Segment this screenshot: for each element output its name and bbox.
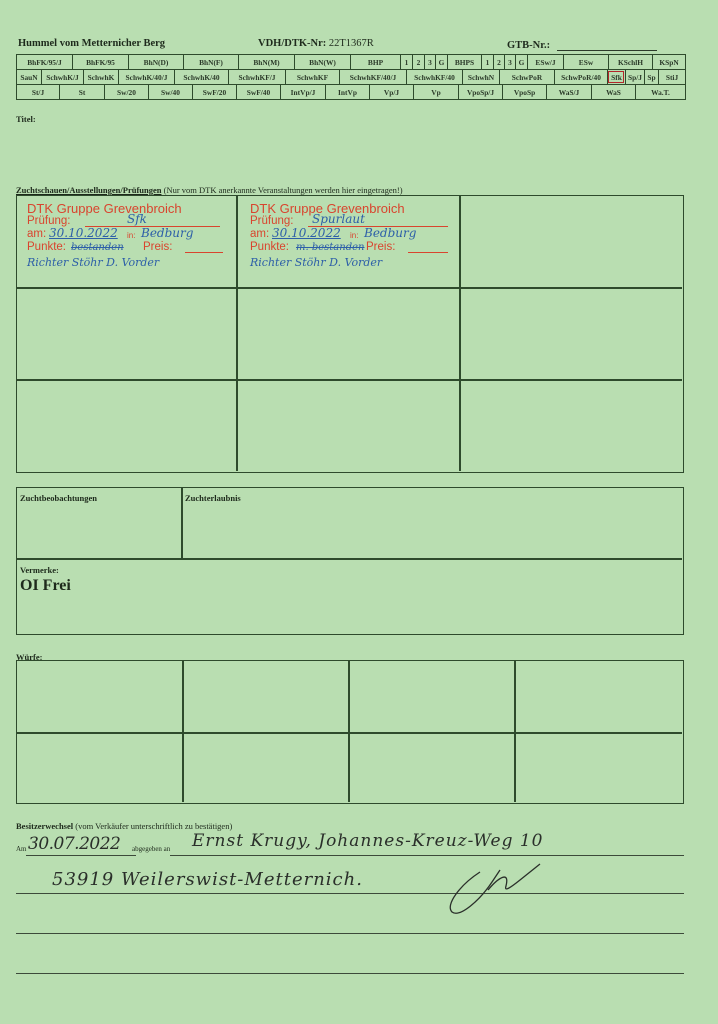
qual-cell: BhN(W) — [294, 55, 350, 69]
punkte-label: Punkte: — [27, 241, 66, 253]
qual-cell: St — [59, 85, 104, 99]
gtb-label: GTB-Nr.: — [507, 40, 550, 51]
write-line — [16, 893, 684, 894]
handover-date: 30.07.2022 — [28, 834, 120, 854]
qual-cell: IntVp/J — [280, 85, 325, 99]
qual-cell: 1 — [481, 55, 493, 69]
qualification-row-2: SauN SchwhK/J SchwhK SchwhK/40/J SchwhK/… — [17, 69, 685, 84]
events-note: (Nur vom DTK anerkannte Veranstaltungen … — [164, 185, 403, 195]
qual-cell: BHPS — [447, 55, 481, 69]
event-date: 30.10.2022 — [272, 227, 341, 240]
preis-label: Preis: — [366, 241, 395, 254]
qual-cell-marked: Sfk — [607, 70, 625, 84]
qual-cell: VpoSp/J — [458, 85, 502, 99]
qual-cell: SchwhK/40/J — [118, 70, 174, 84]
divider — [17, 287, 682, 289]
signature-icon — [440, 860, 560, 920]
owner-change-label: Besitzerwechsel — [16, 821, 73, 831]
divider — [181, 488, 183, 559]
write-line — [16, 973, 684, 974]
event-place: Bedburg — [141, 227, 193, 240]
qual-cell: VpoSp — [502, 85, 546, 99]
qual-cell: Vp — [413, 85, 458, 99]
write-line — [16, 933, 684, 934]
event-entry-1: DTK Gruppe Grevenbroich Prüfung: Sfk am:… — [27, 202, 227, 269]
qual-cell: SchwhKF/40 — [406, 70, 462, 84]
qual-cell: IntVp — [325, 85, 369, 99]
qual-cell: SchwhN — [462, 70, 499, 84]
preis-label: Preis: — [143, 241, 172, 254]
judge-signature: Richter Stöhr D. Vorder — [27, 256, 227, 269]
given-label: abgegeben an — [132, 845, 170, 853]
qualification-row-1: BhFK/95/J BhFK/95 BhN(D) BhN(F) BhN(M) B… — [17, 55, 685, 69]
qual-cell: SchwPoR/40 — [554, 70, 607, 84]
dog-name: Hummel vom Metternicher Berg — [18, 38, 165, 49]
divider — [17, 732, 682, 734]
punkte-value: bestanden — [71, 241, 124, 254]
qual-cell: SchwhKF/J — [228, 70, 285, 84]
qual-cell: BhFK/95/J — [17, 55, 72, 69]
qualification-grid: BhFK/95/J BhFK/95 BhN(D) BhN(F) BhN(M) B… — [16, 54, 686, 100]
owner-change-heading: Besitzerwechsel (vom Verkäufer unterschr… — [16, 821, 232, 831]
qual-cell: SwF/20 — [192, 85, 236, 99]
qual-cell: Vp/J — [369, 85, 413, 99]
permission-label: Zuchterlaubnis — [185, 493, 241, 503]
titel-label: Titel: — [16, 114, 36, 124]
pruefung-value: Spurlaut — [312, 213, 365, 226]
event-date: 30.10.2022 — [49, 227, 118, 240]
observations-label: Zuchtbeobachtungen — [20, 493, 97, 503]
qual-cell: ESw/J — [527, 55, 563, 69]
new-owner-line-2: 53919 Weilerswist-Metternich. — [52, 869, 363, 890]
qual-cell: KSchlH — [608, 55, 652, 69]
divider — [236, 196, 238, 471]
litters-table — [16, 660, 684, 804]
judge-signature: Richter Stöhr D. Vorder — [250, 256, 450, 269]
qual-cell: Sp/J — [625, 70, 644, 84]
breeding-table: Zuchtbeobachtungen Zuchterlaubnis Vermer… — [16, 487, 684, 635]
qual-cell: 1 — [400, 55, 412, 69]
qual-cell: BhN(M) — [238, 55, 294, 69]
qual-cell: BhN(F) — [183, 55, 238, 69]
owner-change-note: (vom Verkäufer unterschriftlich zu bestä… — [75, 821, 232, 831]
qual-cell: SchwhKF/40/J — [339, 70, 406, 84]
qualification-row-3: St/J St Sw/20 Sw/40 SwF/20 SwF/40 IntVp/… — [17, 84, 685, 99]
qual-cell: 2 — [412, 55, 424, 69]
events-heading: Zuchtschauen/Ausstellungen/Prüfungen (Nu… — [16, 185, 403, 195]
qual-cell: StiJ — [658, 70, 685, 84]
am-label: Am — [16, 845, 27, 853]
qual-cell: 2 — [493, 55, 504, 69]
qual-cell: Sw/40 — [148, 85, 192, 99]
qual-cell: St/J — [17, 85, 59, 99]
qual-cell: G — [435, 55, 447, 69]
gtb-field[interactable] — [557, 38, 657, 51]
qual-cell: SchwhKF — [285, 70, 339, 84]
qual-cell: WaS — [591, 85, 635, 99]
divider — [17, 379, 682, 381]
qual-cell: SchwPoR — [499, 70, 554, 84]
remarks-label: Vermerke: — [20, 565, 59, 575]
qual-cell: ESw — [563, 55, 608, 69]
am-label: am: — [27, 228, 46, 240]
remarks-value: OI Frei — [20, 577, 71, 595]
event-place: Bedburg — [364, 227, 416, 240]
punkte-label: Punkte: — [250, 241, 289, 253]
gtb-number: GTB-Nr.: — [507, 38, 657, 51]
qual-cell: Wa.T. — [635, 85, 685, 99]
qual-cell: 3 — [504, 55, 515, 69]
qual-cell: WaS/J — [546, 85, 591, 99]
qual-cell: KSpN — [652, 55, 685, 69]
qual-cell: 3 — [424, 55, 435, 69]
qual-cell: Sw/20 — [104, 85, 148, 99]
qual-cell: SchwhK/40 — [174, 70, 228, 84]
qual-cell: G — [515, 55, 527, 69]
qual-cell: SwF/40 — [236, 85, 280, 99]
divider — [459, 196, 461, 471]
events-label: Zuchtschauen/Ausstellungen/Prüfungen — [16, 185, 161, 195]
punkte-value: m. bestanden — [296, 241, 364, 254]
pruefung-value: Sfk — [127, 213, 147, 226]
qual-cell: BhFK/95 — [72, 55, 128, 69]
qual-cell: BhN(D) — [128, 55, 183, 69]
event-entry-2: DTK Gruppe Grevenbroich Prüfung: Spurlau… — [250, 202, 450, 269]
vdh-number: VDH/DTK-Nr: 22T1367R — [258, 38, 374, 49]
am-label: am: — [250, 228, 269, 240]
qual-cell: SchwhK — [83, 70, 118, 84]
events-table: DTK Gruppe Grevenbroich Prüfung: Sfk am:… — [16, 195, 684, 473]
qual-cell: SchwhK/J — [41, 70, 83, 84]
new-owner-line-1: Ernst Krugy, Johannes-Kreuz-Weg 10 — [192, 831, 544, 851]
qual-cell: BHP — [350, 55, 400, 69]
divider — [17, 558, 682, 560]
qual-cell: SauN — [17, 70, 41, 84]
vdh-value: 22T1367R — [329, 38, 374, 49]
vdh-label: VDH/DTK-Nr: — [258, 38, 326, 49]
qual-cell: Sp — [644, 70, 658, 84]
